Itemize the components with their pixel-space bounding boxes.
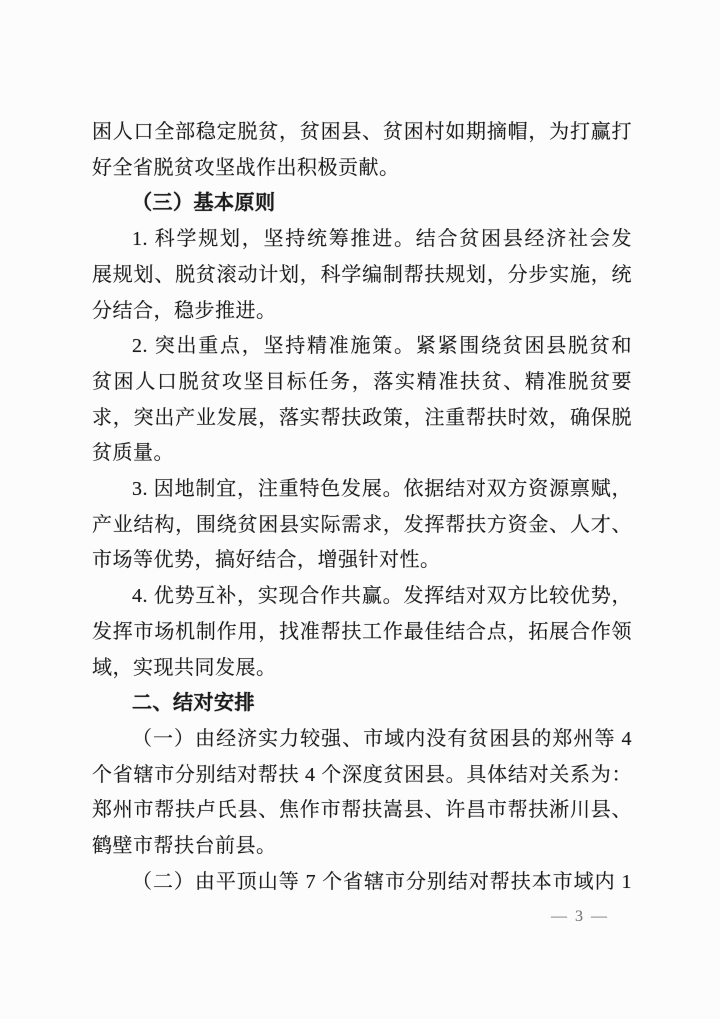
text-line: 好全省脱贫攻坚战作出积极贡献。 xyxy=(92,151,632,187)
text-line: 个省辖市分别结对帮扶 4 个深度贫困县。具体结对关系为： xyxy=(92,758,632,794)
paragraph: 1. 科学规划，坚持统筹推进。结合贫困县经济社会发 展规划、脱贫滚动计划，科学编… xyxy=(92,222,632,329)
paragraph: 困人口全部稳定脱贫，贫困县、贫困村如期摘帽，为打赢打 好全省脱贫攻坚战作出积极贡… xyxy=(92,115,632,186)
text-line: 鹤壁市帮扶台前县。 xyxy=(92,829,632,865)
text-line: 困人口全部稳定脱贫，贫困县、贫困村如期摘帽，为打赢打 xyxy=(92,115,632,151)
document-page: 困人口全部稳定脱贫，贫困县、贫困村如期摘帽，为打赢打 好全省脱贫攻坚战作出积极贡… xyxy=(0,0,720,1019)
page-number: — 3 — xyxy=(530,908,630,926)
text-line: 4. 优势互补，实现合作共赢。发挥结对双方比较优势， xyxy=(92,579,632,615)
paragraph: 3. 因地制宜，注重特色发展。依据结对双方资源禀赋， 产业结构，围绕贫困县实际需… xyxy=(92,472,632,579)
document-body: 困人口全部稳定脱贫，贫困县、贫困村如期摘帽，为打赢打 好全省脱贫攻坚战作出积极贡… xyxy=(92,115,632,900)
section-heading: （三）基本原则 xyxy=(92,186,632,222)
text-line: 发挥市场机制作用，找准帮扶工作最佳结合点，拓展合作领 xyxy=(92,615,632,651)
text-line: 1. 科学规划，坚持统筹推进。结合贫困县经济社会发 xyxy=(92,222,632,258)
text-line: （二）由平顶山等 7 个省辖市分别结对帮扶本市域内 1 xyxy=(92,865,632,901)
text-line: 分结合，稳步推进。 xyxy=(92,294,632,330)
text-line: 3. 因地制宜，注重特色发展。依据结对双方资源禀赋， xyxy=(92,472,632,508)
text-line: （一）由经济实力较强、市域内没有贫困县的郑州等 4 xyxy=(92,722,632,758)
paragraph: 4. 优势互补，实现合作共赢。发挥结对双方比较优势， 发挥市场机制作用，找准帮扶… xyxy=(92,579,632,686)
text-line: 域，实现共同发展。 xyxy=(92,651,632,687)
section-heading: 二、结对安排 xyxy=(92,686,632,722)
text-line: 展规划、脱贫滚动计划，科学编制帮扶规划，分步实施，统 xyxy=(92,258,632,294)
paragraph: （一）由经济实力较强、市域内没有贫困县的郑州等 4 个省辖市分别结对帮扶 4 个… xyxy=(92,722,632,865)
text-line: 2. 突出重点，坚持精准施策。紧紧围绕贫困县脱贫和 xyxy=(92,329,632,365)
text-line: 产业结构，围绕贫困县实际需求，发挥帮扶方资金、人才、 xyxy=(92,508,632,544)
heading-line: （三）基本原则 xyxy=(92,186,632,222)
text-line: 求，突出产业发展，落实帮扶政策，注重帮扶时效，确保脱 xyxy=(92,401,632,437)
text-line: 市场等优势，搞好结合，增强针对性。 xyxy=(92,543,632,579)
text-line: 贫困人口脱贫攻坚目标任务，落实精准扶贫、精准脱贫要 xyxy=(92,365,632,401)
text-line: 贫质量。 xyxy=(92,436,632,472)
paragraph: 2. 突出重点，坚持精准施策。紧紧围绕贫困县脱贫和 贫困人口脱贫攻坚目标任务，落… xyxy=(92,329,632,472)
text-line: 郑州市帮扶卢氏县、焦作市帮扶嵩县、许昌市帮扶淅川县、 xyxy=(92,793,632,829)
heading-line: 二、结对安排 xyxy=(92,686,632,722)
paragraph: （二）由平顶山等 7 个省辖市分别结对帮扶本市域内 1 xyxy=(92,865,632,901)
